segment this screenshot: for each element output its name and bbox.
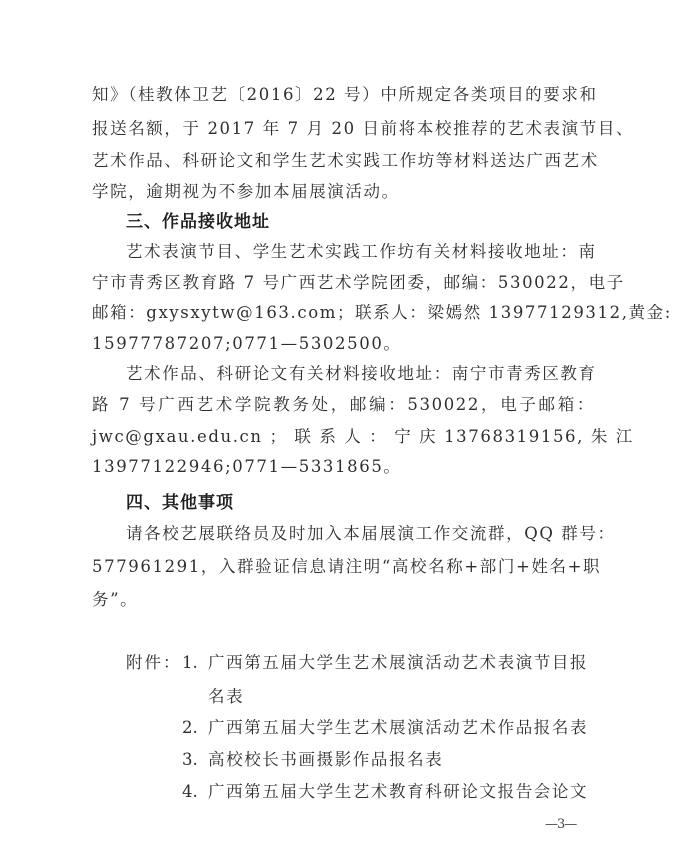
intro-line-3: 艺术作品、科研论文和学生艺术实践工作坊等材料送达广西艺术 [92,151,595,171]
attachment-1-line-1: 广西第五届大学生艺术展演活动艺术表演节目报 [208,653,588,673]
intro-line-2: 报送名额，于 2017 年 7 月 20 日前将本校推荐的艺术表演节目、 [92,119,595,139]
section-3-heading: 三、作品接收地址 [126,212,270,232]
attachment-3-line-1: 高校校长书画摄影作品报名表 [208,750,443,770]
attachment-4-number: 4. [182,782,198,802]
section-4-line-2: 577961291，入群验证信息请注明“高校名称+部门+姓名+职 [92,557,595,577]
section-3-p2-line-2: 路 7 号广西艺术学院教务处，邮编：530022，电子邮箱： [92,395,595,415]
attachment-1-number: 1. [182,653,198,673]
attachments-label: 附件： [126,653,182,673]
document-page: 知》（桂教体卫艺〔2016〕22 号）中所规定各类项目的要求和 报送名额，于 2… [0,0,680,859]
section-3-p1-line-4: 15977787207;0771—5302500。 [92,334,595,354]
attachment-3-number: 3. [182,750,198,770]
section-4-line-3: 务”。 [92,590,595,610]
intro-line-1: 知》（桂教体卫艺〔2016〕22 号）中所规定各类项目的要求和 [92,85,595,105]
attachment-1-line-2: 名表 [208,687,244,707]
section-4-line-1: 请各校艺展联络员及时加入本届展演工作交流群，QQ 群号： [126,524,595,544]
section-4-heading: 四、其他事项 [126,493,234,513]
attachment-2-number: 2. [182,718,198,738]
section-3-p2-line-3: jwc@gxau.edu.cn ； 联 系 人 ： 宁 庆 1376831915… [92,427,595,447]
intro-line-4: 学院，逾期视为不参加本届展演活动。 [92,182,595,202]
attachment-2-line-1: 广西第五届大学生艺术展演活动艺术作品报名表 [208,718,588,738]
section-3-p1-line-3: 邮箱：gxysxytw@163.com；联系人：梁嫣然 13977129312,… [92,303,595,323]
section-3-p1-line-2: 宁市青秀区教育路 7 号广西艺术学院团委，邮编：530022，电子 [92,273,595,293]
section-3-p2-line-4: 13977122946;0771—5331865。 [92,457,595,477]
attachment-4-line-1: 广西第五届大学生艺术教育科研论文报告会论文 [208,782,588,802]
section-3-p2-line-1: 艺术作品、科研论文有关材料接收地址：南宁市青秀区教育 [126,364,595,384]
page-number: —3— [545,817,576,833]
section-3-p1-line-1: 艺术表演节目、学生艺术实践工作坊有关材料接收地址：南 [126,242,595,262]
